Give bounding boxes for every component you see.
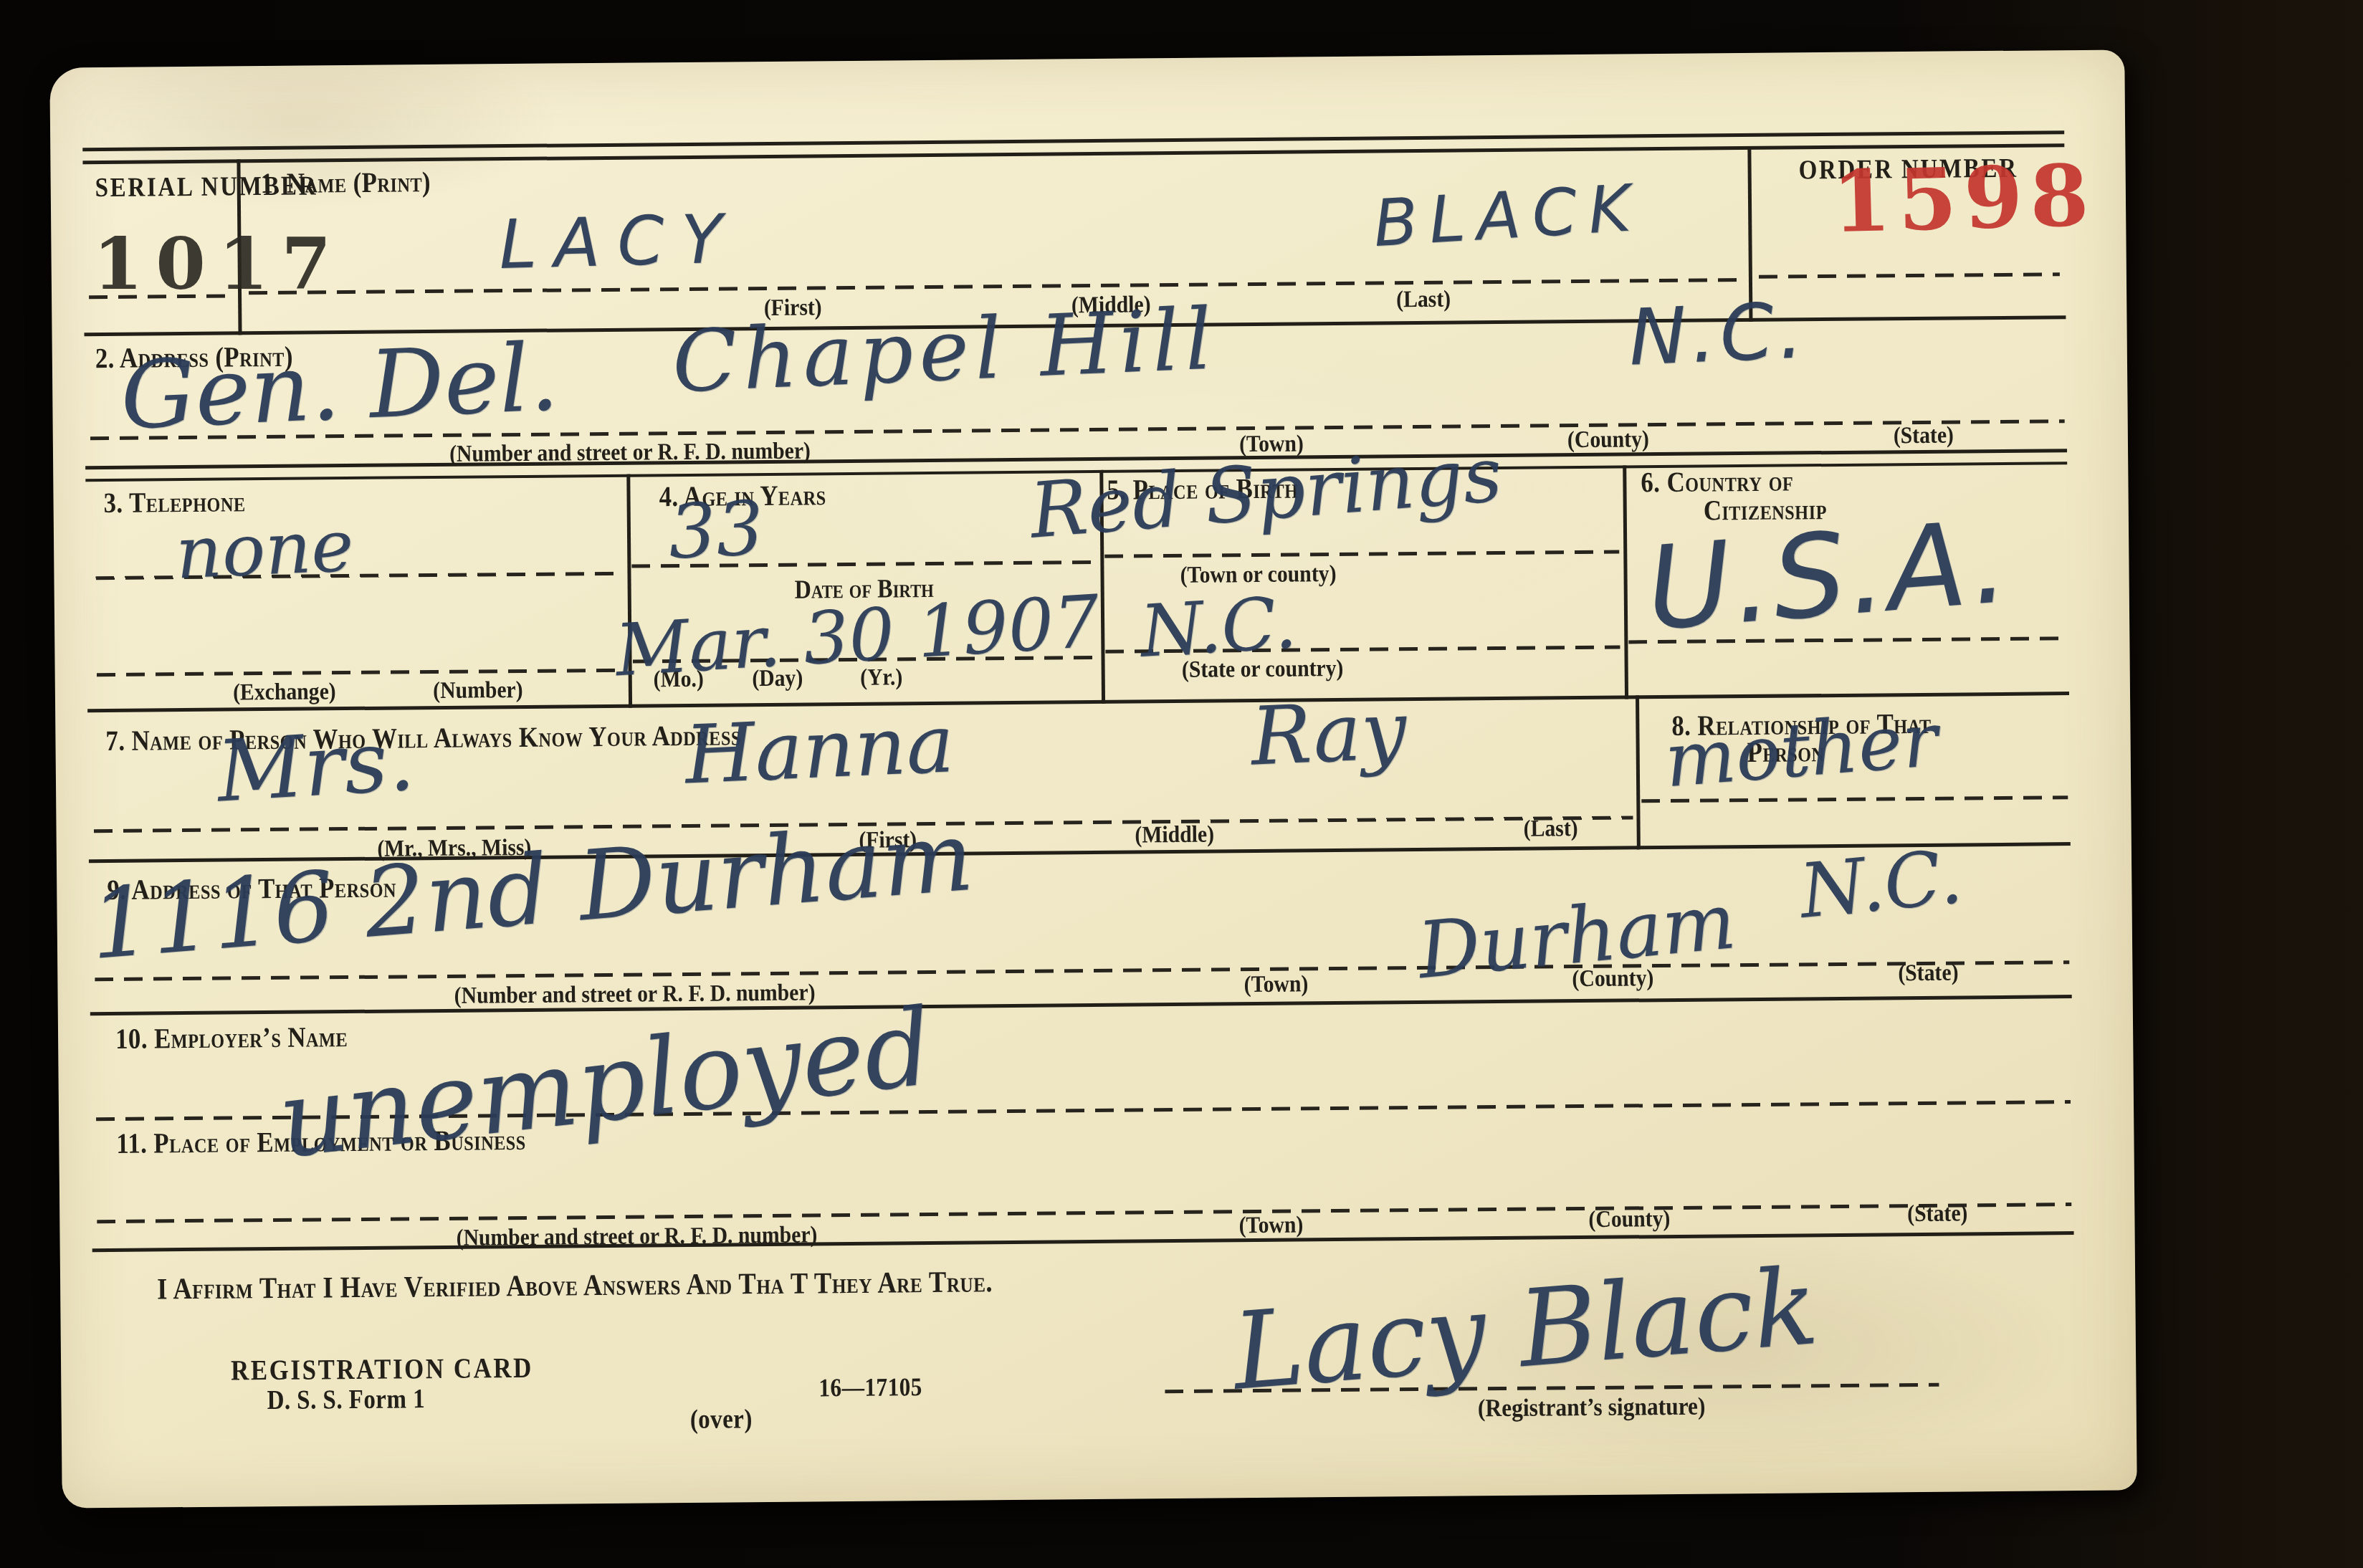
name-sub-last: (Last) bbox=[1396, 287, 1451, 314]
employment-sub-state: (State) bbox=[1907, 1200, 1967, 1228]
birth-citizenship-divider bbox=[1623, 465, 1628, 699]
telephone-answer-line bbox=[95, 572, 624, 580]
signature-label: (Registrant’s signature) bbox=[1478, 1392, 1706, 1423]
employer-handwriting: unemployed bbox=[272, 985, 938, 1182]
footer-form: D. S. S. Form 1 bbox=[267, 1383, 425, 1416]
contact-title-handwriting: Mrs. bbox=[214, 710, 417, 821]
name-first-handwriting: LACY bbox=[498, 200, 740, 285]
contact-address-state-handwriting: N.C. bbox=[1796, 833, 1966, 935]
order-number-stamp: 1598 bbox=[1830, 145, 2097, 252]
address-town-handwriting: Chapel Hill bbox=[670, 289, 1220, 411]
citizenship-handwriting: U.S.A. bbox=[1642, 494, 2015, 656]
serial-number-stamp: 1017 bbox=[93, 221, 344, 306]
telephone-bottom-line bbox=[97, 669, 625, 677]
row9-bottom-rule bbox=[90, 995, 2072, 1015]
dob-handwriting: Mar. 30 1907 bbox=[613, 579, 1102, 692]
address-sub-street: (Number and street or R. F. D. number) bbox=[449, 438, 811, 467]
contact-address-sub-state: (State) bbox=[1898, 960, 1958, 987]
contact-first-handwriting: Hanna bbox=[683, 697, 956, 802]
contact-label: 7. Name of Person Who Will Always Know Y… bbox=[105, 718, 741, 757]
name-answer-line bbox=[249, 278, 1743, 295]
address-street-handwriting: Gen. Del. bbox=[118, 322, 560, 451]
affirmation-statement: I Affirm That I Have Verified Above Answ… bbox=[157, 1265, 993, 1306]
contact-address-county-handwriting: Durham bbox=[1414, 876, 1739, 996]
address-sub-county: (County) bbox=[1567, 426, 1649, 454]
employment-sub-town: (Town) bbox=[1238, 1212, 1303, 1239]
contact-sub-last: (Last) bbox=[1524, 816, 1578, 843]
address-sub-state: (State) bbox=[1894, 423, 1954, 450]
contact-relationship-divider bbox=[1636, 695, 1641, 849]
registration-card: SERIAL NUMBER 1. Name (Print) ORDER NUMB… bbox=[49, 49, 2137, 1508]
footer-print-code: 16—17105 bbox=[818, 1372, 922, 1402]
telephone-sub-exchange: (Exchange) bbox=[233, 679, 336, 706]
birth-town-line bbox=[1104, 550, 1619, 558]
employer-label: 10. Employer’s Name bbox=[115, 1020, 348, 1056]
photo-background: { "colors": { "background": "#0a0806", "… bbox=[0, 0, 2363, 1568]
contact-address-line bbox=[95, 960, 2069, 981]
telephone-handwriting: none bbox=[174, 504, 355, 596]
birth-town-handwriting: Red Springs bbox=[1027, 430, 1505, 555]
age-handwriting: 33 bbox=[667, 484, 765, 576]
employment-answer-line bbox=[97, 1203, 2071, 1223]
employment-sub-county: (County) bbox=[1588, 1206, 1670, 1233]
birth-state-handwriting: N.C. bbox=[1138, 580, 1299, 674]
contact-address-sub-town: (Town) bbox=[1244, 971, 1309, 998]
employment-sub-street: (Number and street or R. F. D. number) bbox=[457, 1222, 818, 1251]
address-state-handwriting: N.C. bbox=[1627, 286, 1809, 383]
footer-over: (over) bbox=[690, 1403, 753, 1435]
contact-last-handwriting: Ray bbox=[1249, 684, 1408, 783]
footer-title: REGISTRATION CARD bbox=[231, 1351, 533, 1387]
contact-sub-middle: (Middle) bbox=[1135, 822, 1214, 849]
order-answer-line bbox=[1759, 272, 2060, 279]
name-last-handwriting: BLACK bbox=[1371, 171, 1644, 262]
name-label: 1. Name (Print) bbox=[260, 165, 431, 200]
telephone-sub-number: (Number) bbox=[433, 677, 523, 704]
